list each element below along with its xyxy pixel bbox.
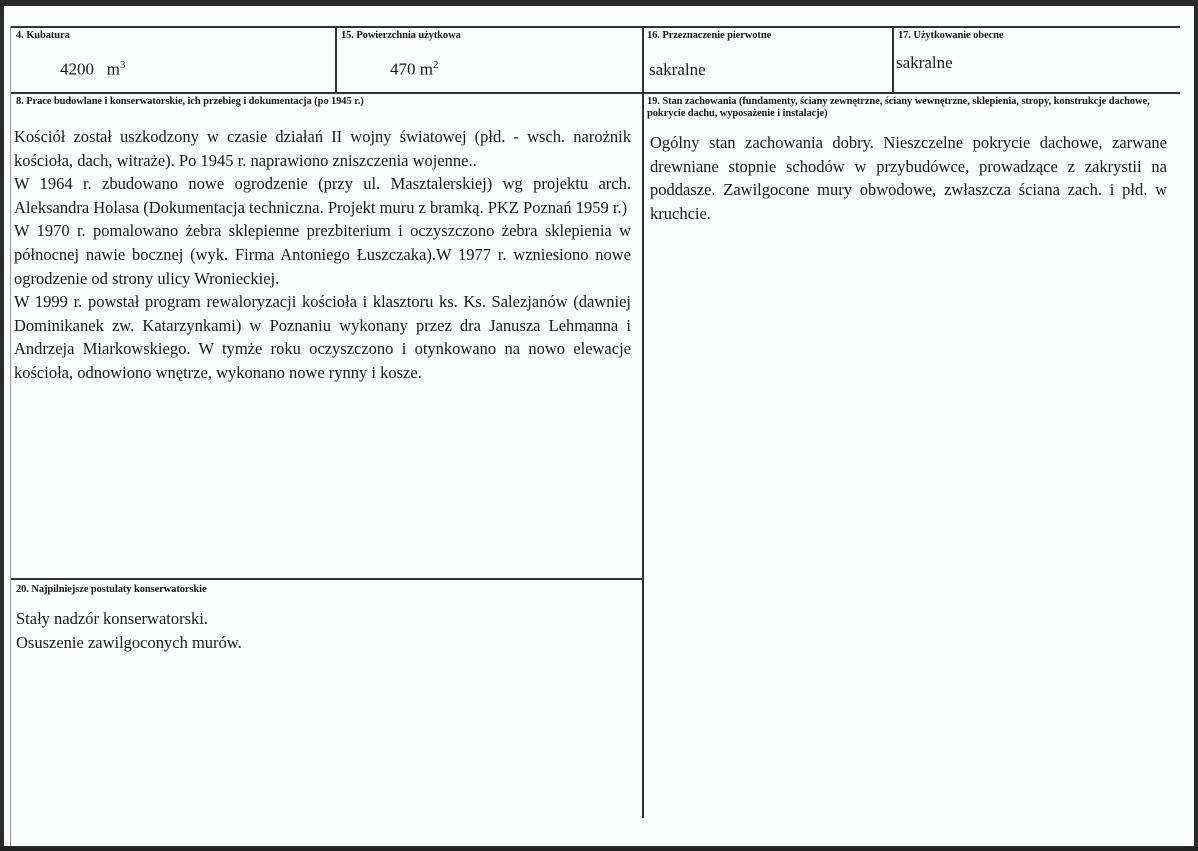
postulaty-label: 20. Najpilniejsze postulaty konserwators… (16, 584, 207, 596)
uzytkowanie-value: sakralne (896, 53, 953, 73)
postulaty-item: Stały nadzór konserwatorski. (16, 607, 616, 631)
kubatura-number: 4200 (60, 60, 94, 79)
prace-paragraph: Kościół został uszkodzony w czasie dział… (14, 125, 631, 172)
przeznaczenie-value: sakralne (649, 60, 706, 80)
stan-text: Ogólny stan zachowania dobry. Nieszczeln… (650, 131, 1167, 225)
header-row-bottom-line (10, 92, 1180, 94)
postulaty-top-line (10, 578, 644, 580)
prace-paragraph: W 1970 r. pomalowano żebra sklepienne pr… (14, 219, 631, 290)
stan-paragraph: Ogólny stan zachowania dobry. Nieszczeln… (650, 131, 1167, 225)
form-page: 4. Kubatura 4200 m3 15. Powierzchnia uży… (4, 4, 1194, 846)
prace-paragraph: W 1999 r. powstał program rewaloryzacji … (14, 290, 631, 384)
kubatura-value: 4200 m3 (60, 59, 125, 80)
scan-edge-bottom (0, 847, 1198, 851)
center-divider (642, 26, 644, 818)
divider-kubatura-powierzchnia (335, 26, 337, 94)
przeznaczenie-label: 16. Przeznaczenie pierwotne (647, 30, 771, 42)
kubatura-unit: m (107, 60, 120, 79)
prace-text: Kościół został uszkodzony w czasie dział… (14, 125, 631, 385)
powierzchnia-label: 15. Powierzchnia użytkowa (341, 30, 461, 42)
prace-label: 8. Prace budowlane i konserwatorskie, ic… (16, 96, 364, 108)
postulaty-text: Stały nadzór konserwatorski. Osuszenie z… (16, 607, 616, 654)
kubatura-unit-exponent: 3 (120, 59, 126, 71)
prace-paragraph: W 1964 r. zbudowano nowe ogrodzenie (prz… (14, 172, 631, 219)
uzytkowanie-label: 17. Użytkowanie obecne (898, 30, 1003, 42)
powierzchnia-value: 470 m2 (390, 59, 438, 80)
kubatura-label: 4. Kubatura (16, 30, 70, 42)
powierzchnia-number: 470 m (390, 60, 433, 79)
top-border-line (10, 26, 1180, 28)
powierzchnia-unit-exponent: 2 (433, 59, 439, 71)
scan-edge-top (4, 0, 1194, 6)
postulaty-item: Osuszenie zawilgoconych murów. (16, 631, 616, 655)
left-border-line (10, 26, 11, 846)
divider-przeznaczenie-uzytkowanie (892, 26, 894, 94)
stan-label: 19. Stan zachowania (fundamenty, ściany … (647, 96, 1177, 120)
